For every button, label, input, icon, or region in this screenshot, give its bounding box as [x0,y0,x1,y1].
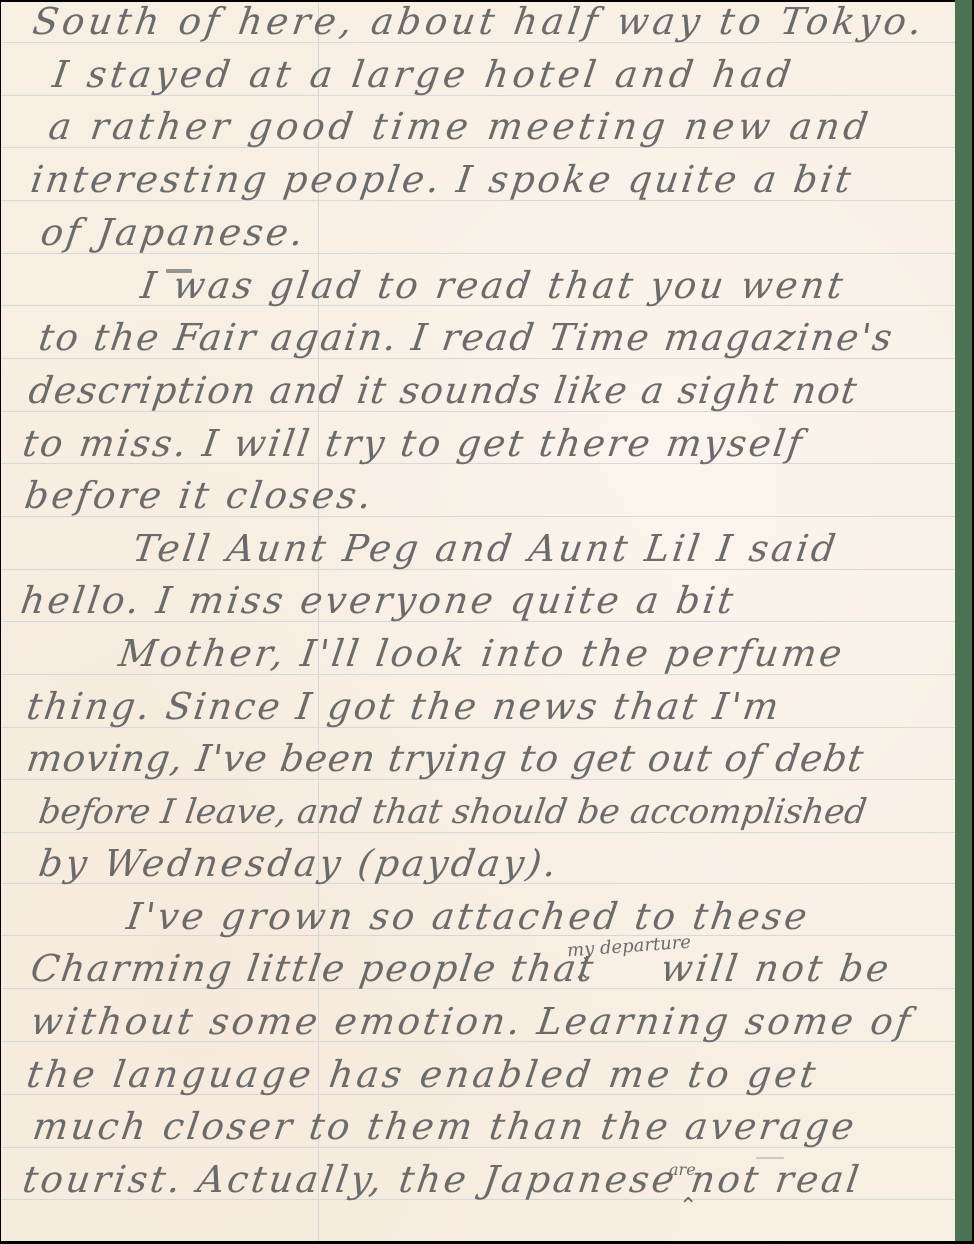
handwritten-line: description and it sounds like a sight n… [29,365,858,417]
scan-artifact [756,1157,784,1159]
insertion-caret: ⌃ [573,970,591,995]
handwritten-line: Mother, I'll look into the perfume [119,628,844,680]
scan-artifact [166,269,192,273]
handwritten-line: will not be [661,943,891,995]
handwritten-line: not real [691,1154,861,1206]
handwritten-line: a rather good time meeting new and [49,101,871,153]
handwritten-line: I've grown so attached to these [127,891,809,943]
handwritten-line: South of here, about half way to Tokyo. [33,2,925,48]
handwritten-line: before I leave, and that should be accom… [39,786,866,838]
handwritten-line: hello. I miss everyone quite a bit [21,575,736,627]
insertion-caret: ⌃ [679,1194,697,1219]
handwritten-line: to the Fair again. I read Time magazine'… [39,312,894,364]
handwritten-line: interesting people. I spoke quite a bit [31,154,853,206]
handwritten-line: by Wednesday (payday). [39,838,559,890]
handwritten-line: I was glad to read that you went [141,260,845,312]
scan-background-strip [955,0,972,1241]
interlinear-insert: are [669,1160,696,1179]
handwritten-line: before it closes. [25,470,374,522]
letter-page: South of here, about half way to Tokyo. … [1,2,955,1241]
handwritten-line: Charming little people that [31,943,595,995]
handwritten-line: moving, I've been trying to get out of d… [27,733,864,785]
handwritten-line: Tell Aunt Peg and Aunt Lil I said [133,523,838,575]
handwritten-line: much closer to them than the average [33,1101,857,1153]
handwritten-line: tourist. Actually, the Japanese [23,1154,677,1206]
handwritten-line: without some emotion. Learning some of [31,996,913,1048]
handwritten-line: to miss. I will try to get there myself [23,418,804,470]
handwritten-line: I stayed at a large hotel and had [53,49,794,101]
handwritten-line: thing. Since I got the news that I'm [27,681,781,733]
handwritten-line: of Japanese. [41,207,306,259]
handwritten-line: the language has enabled me to get [27,1049,818,1101]
